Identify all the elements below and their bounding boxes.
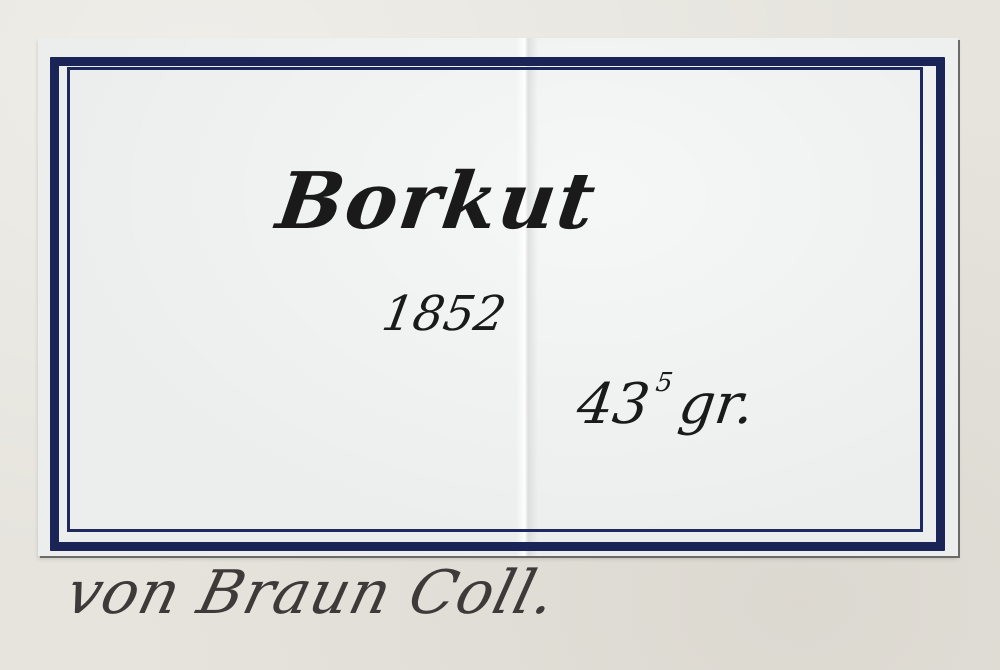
specimen-weight: 435gr. xyxy=(573,368,759,437)
fall-year: 1852 xyxy=(378,286,510,342)
weight-superscript: 5 xyxy=(654,368,675,398)
weight-value: 43 xyxy=(573,372,653,437)
meteorite-name: Borkut xyxy=(272,156,603,247)
specimen-label-card: Borkut 1852 435gr. xyxy=(38,38,958,556)
collection-annotation: von Braun Coll. xyxy=(59,558,564,628)
weight-unit: gr. xyxy=(675,372,758,437)
